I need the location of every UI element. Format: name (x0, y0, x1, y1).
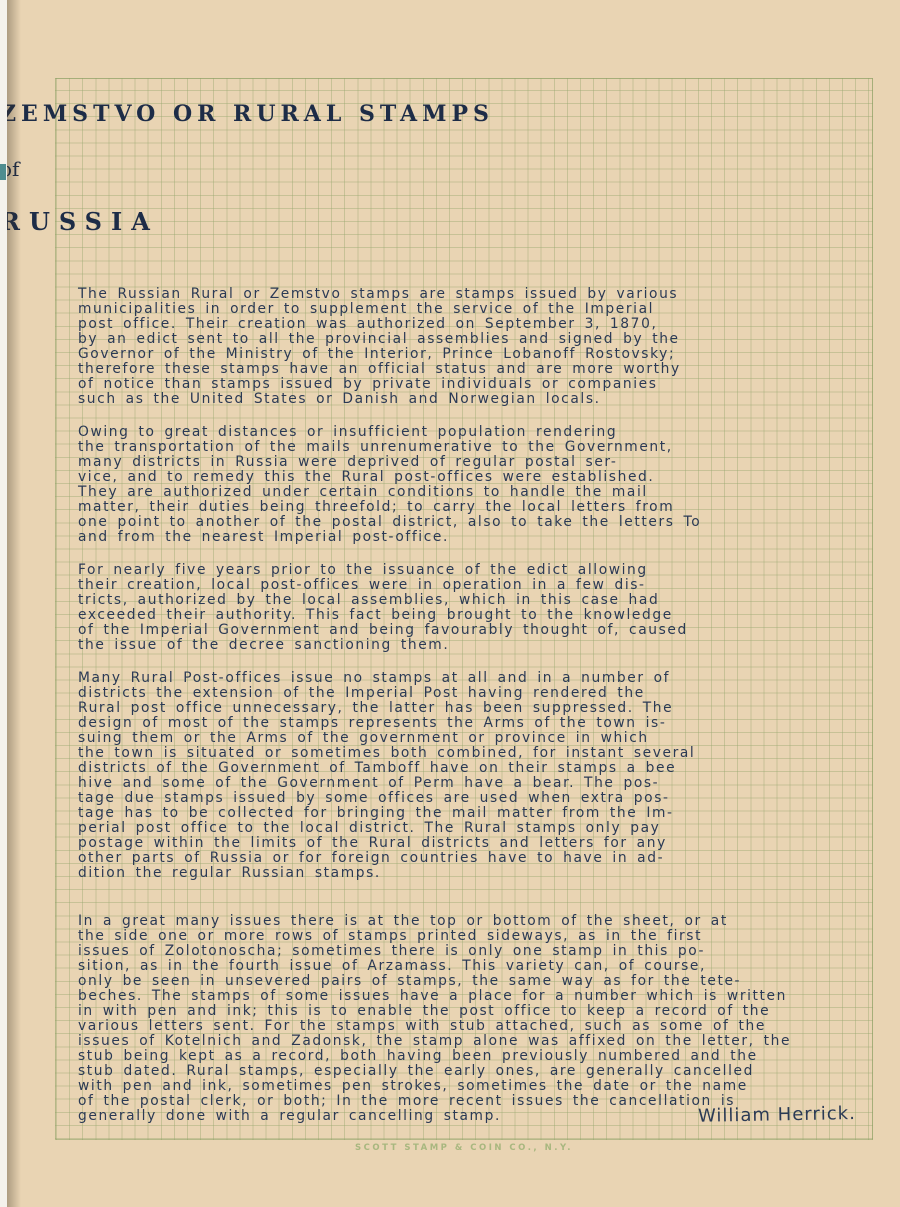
paragraph: The Russian Rural or Zemstvo stamps are … (78, 287, 873, 407)
printer-imprint: SCOTT STAMP & COIN CO., N.Y. (55, 1143, 873, 1153)
paragraph: In a great many issues there is at the t… (78, 914, 873, 1124)
author-signature: William Herrick. (698, 1102, 898, 1126)
scan-artifact-speck (0, 164, 6, 180)
paragraph: Many Rural Post-offices issue no stamps … (78, 671, 873, 881)
title-country: RUSSIA (0, 207, 900, 236)
scan-edge-shadow (7, 0, 21, 1207)
scan-page-edge (0, 0, 7, 1207)
handwritten-text-block: The Russian Rural or Zemstvo stamps are … (78, 287, 873, 1142)
paragraph: For nearly five years prior to the issua… (78, 563, 873, 653)
title-connector: of (0, 157, 900, 181)
paragraph: Owing to great distances or insufficient… (78, 425, 873, 545)
page-title: ZEMSTVO OR RURAL STAMPS (0, 101, 900, 127)
